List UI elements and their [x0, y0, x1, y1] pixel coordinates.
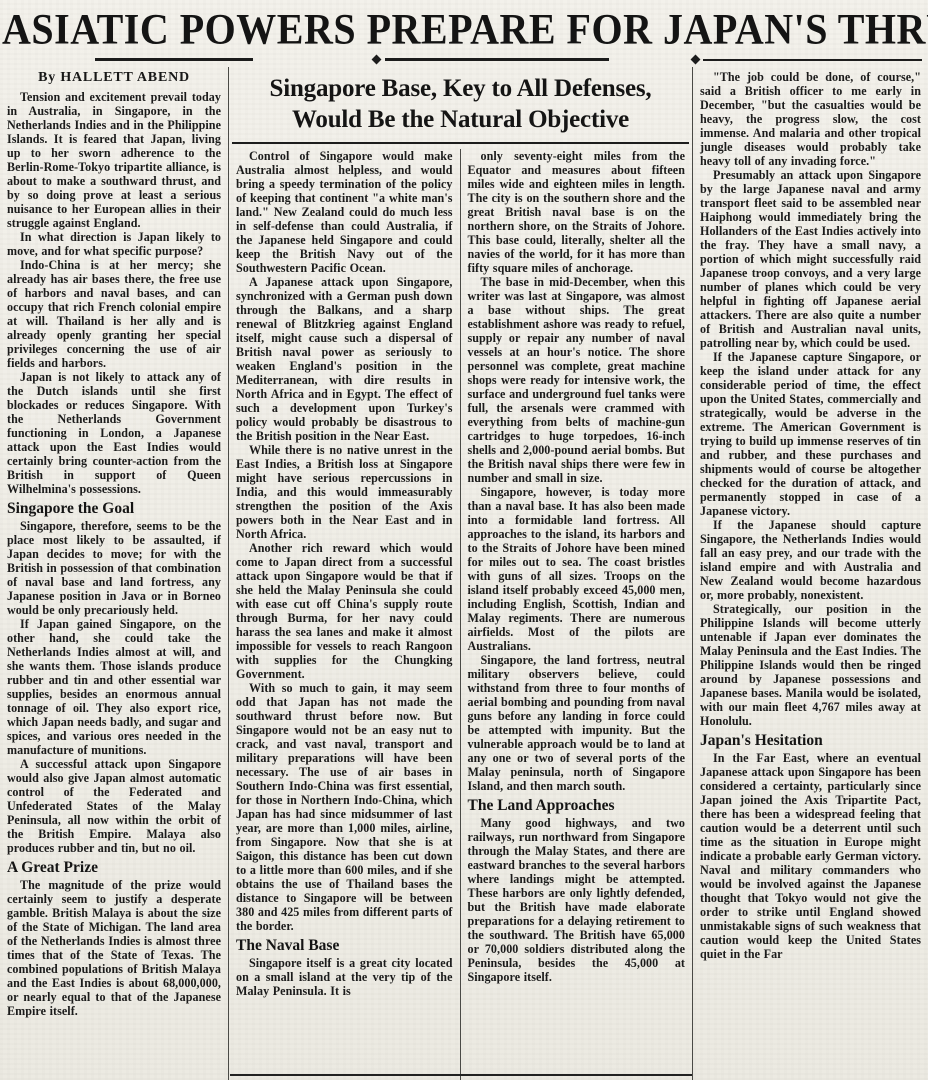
byline: By HALLETT ABEND	[7, 70, 221, 86]
subheadline-line-1: Singapore Base, Key to All Defenses,	[238, 73, 683, 104]
paragraph: Singapore, therefore, seems to be the pl…	[7, 519, 221, 617]
paragraph: In what direction is Japan likely to mov…	[7, 230, 221, 258]
paragraph: "The job could be done, of course," said…	[700, 70, 921, 168]
section-subhead: The Land Approaches	[468, 797, 686, 814]
section-subhead: Japan's Hesitation	[700, 732, 921, 749]
paragraph: While there is no native unrest in the E…	[236, 443, 453, 541]
paragraph: Singapore, however, is today more than a…	[468, 485, 686, 653]
subheadline-top-rule	[385, 58, 609, 61]
middle-section: Singapore Base, Key to All Defenses, Wou…	[229, 67, 693, 1080]
page-headline: ASIATIC POWERS PREPARE FOR JAPAN'S THRUS…	[0, 0, 928, 54]
paragraph: If Japan gained Singapore, on the other …	[7, 617, 221, 757]
column-3: only seventy-eight miles from the Equato…	[461, 149, 693, 1080]
paragraph: A successful attack upon Singapore would…	[7, 757, 221, 855]
section-subhead: The Naval Base	[236, 937, 453, 954]
paragraph: If the Japanese capture Singapore, or ke…	[700, 350, 921, 518]
middle-columns: Control of Singapore would make Australi…	[229, 144, 692, 1080]
column-2: Control of Singapore would make Australi…	[229, 149, 461, 1080]
paragraph: only seventy-eight miles from the Equato…	[468, 149, 686, 275]
paragraph: A Japanese attack upon Singapore, synchr…	[236, 275, 453, 443]
newspaper-page: ASIATIC POWERS PREPARE FOR JAPAN'S THRUS…	[0, 0, 928, 1080]
column-4: "The job could be done, of course," said…	[693, 67, 928, 1080]
subheadline-block: Singapore Base, Key to All Defenses, Wou…	[232, 67, 689, 144]
paragraph: Indo-China is at her mercy; she already …	[7, 258, 221, 370]
paragraph: Presumably an attack upon Singapore by t…	[700, 168, 921, 350]
right-column-top-rule	[703, 59, 922, 61]
article-columns: By HALLETT ABEND Tension and excitement …	[0, 67, 928, 1080]
diamond-ornament-icon	[372, 55, 382, 65]
diamond-ornament-icon	[691, 55, 701, 65]
paragraph: In the Far East, where an eventual Japan…	[700, 751, 921, 961]
paragraph: Tension and excitement prevail today in …	[7, 90, 221, 230]
paragraph: Singapore, the land fortress, neutral mi…	[468, 653, 686, 793]
paragraph: Another rich reward which would come to …	[236, 541, 453, 681]
paragraph: Strategically, our position in the Phili…	[700, 602, 921, 728]
bottom-rule	[230, 1074, 692, 1076]
paragraph: Control of Singapore would make Australi…	[236, 149, 453, 275]
paragraph: Many good highways, and two railways, ru…	[468, 816, 686, 984]
paragraph: The magnitude of the prize would certain…	[7, 878, 221, 1018]
paragraph: The base in mid-December, when this writ…	[468, 275, 686, 485]
headline-rules	[0, 52, 928, 67]
paragraph: Singapore itself is a great city located…	[236, 956, 453, 998]
byline-rule	[95, 58, 253, 61]
paragraph: Japan is not likely to attack any of the…	[7, 370, 221, 496]
section-subhead: Singapore the Goal	[7, 500, 221, 517]
paragraph: If the Japanese should capture Singapore…	[700, 518, 921, 602]
section-subhead: A Great Prize	[7, 859, 221, 876]
paragraph: With so much to gain, it may seem odd th…	[236, 681, 453, 933]
column-1: By HALLETT ABEND Tension and excitement …	[0, 67, 229, 1080]
subheadline-line-2: Would Be the Natural Objective	[238, 104, 683, 135]
